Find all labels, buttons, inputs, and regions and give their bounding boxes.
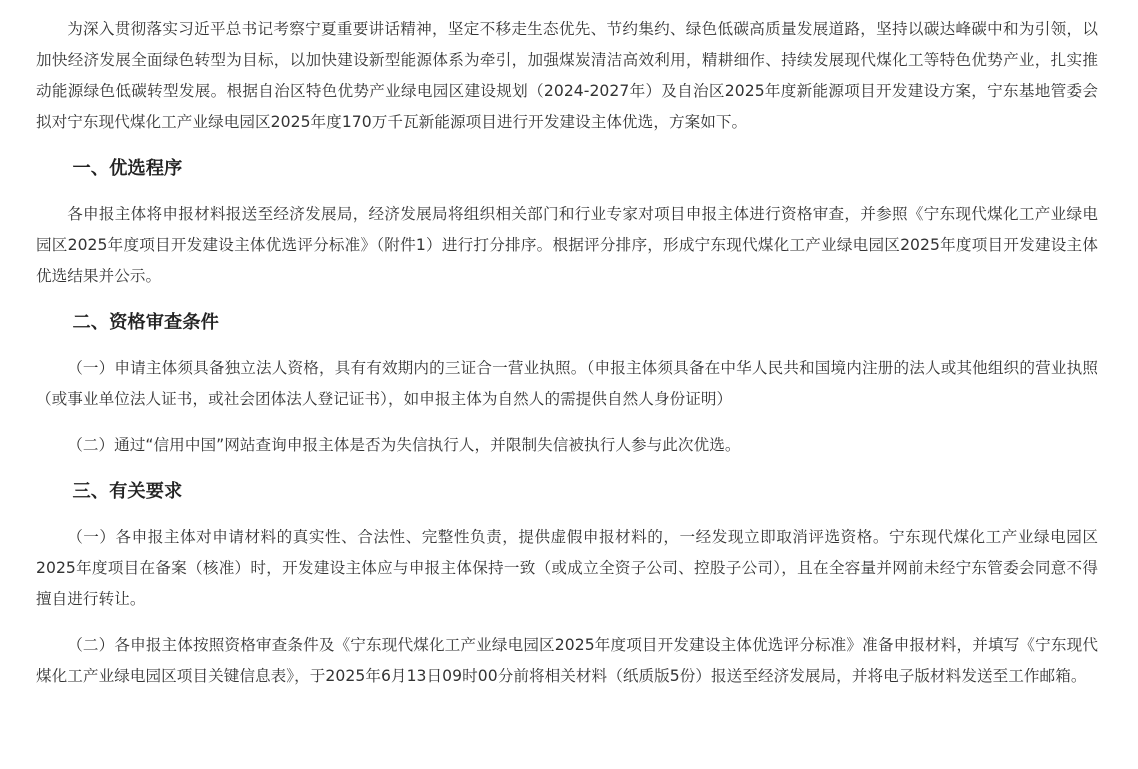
- section-heading-qualification-conditions: 二、资格审查条件: [36, 307, 1098, 338]
- qualification-condition-1: （一）申请主体须具备独立法人资格，具有有效期内的三证合一营业执照。（申报主体须具…: [36, 353, 1098, 415]
- intro-paragraph: 为深入贯彻落实习近平总书记考察宁夏重要讲话精神，坚定不移走生态优先、节约集约、绿…: [36, 14, 1098, 138]
- article-body: 为深入贯彻落实习近平总书记考察宁夏重要讲话精神，坚定不移走生态优先、节约集约、绿…: [36, 14, 1098, 707]
- qualification-condition-2: （二）通过“信用中国”网站查询申报主体是否为失信执行人，并限制失信被执行人参与此…: [36, 430, 1098, 461]
- requirement-1: （一）各申报主体对申请材料的真实性、合法性、完整性负责，提供虚假申报材料的，一经…: [36, 522, 1098, 615]
- section-heading-requirements: 三、有关要求: [36, 476, 1098, 507]
- selection-procedure-paragraph: 各申报主体将申报材料报送至经济发展局，经济发展局将组织相关部门和行业专家对项目申…: [36, 199, 1098, 292]
- section-heading-selection-procedure: 一、优选程序: [36, 153, 1098, 184]
- requirement-2: （二）各申报主体按照资格审查条件及《宁东现代煤化工产业绿电园区2025年度项目开…: [36, 630, 1098, 692]
